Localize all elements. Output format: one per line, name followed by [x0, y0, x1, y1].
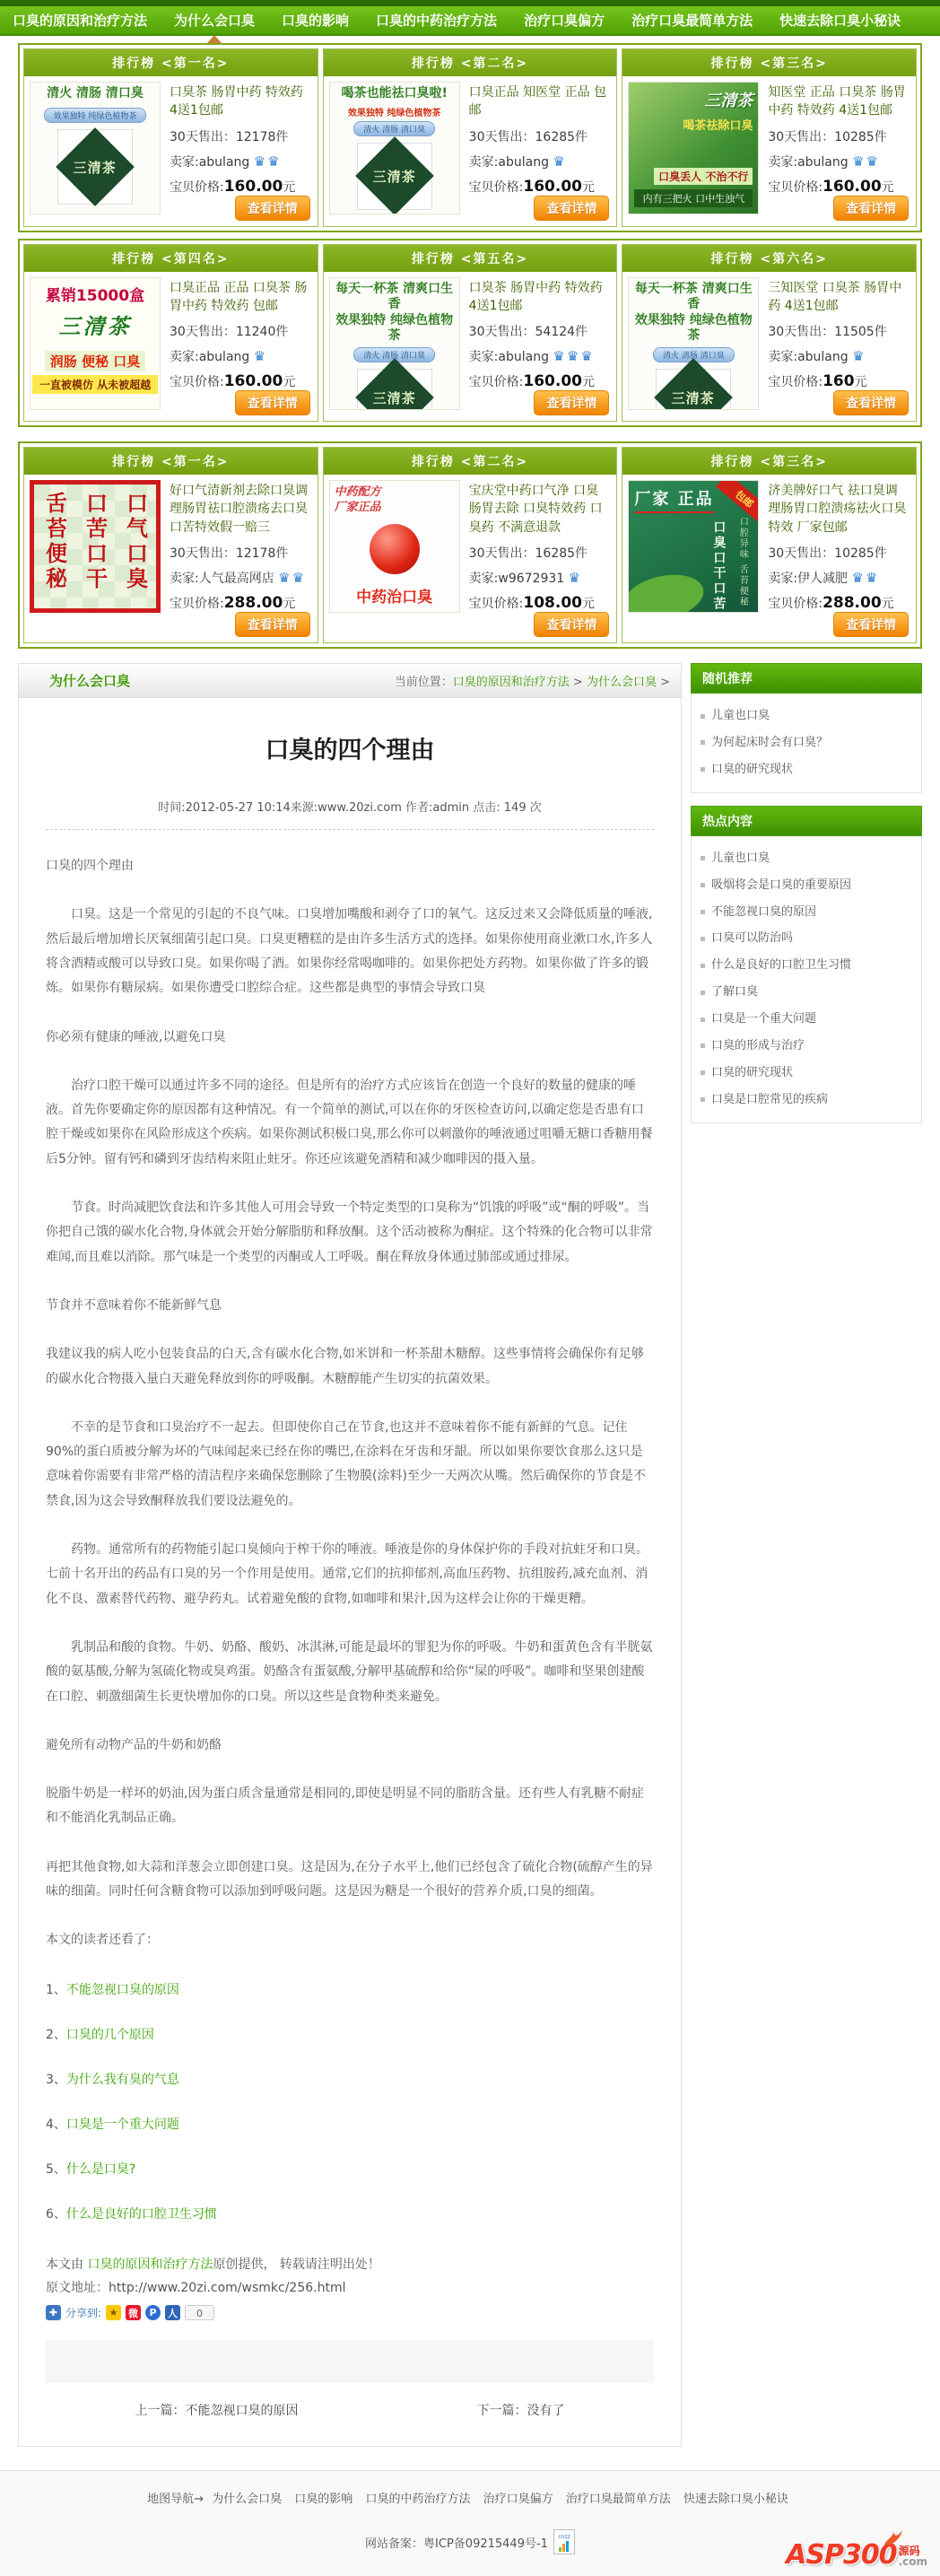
image-caption: 中药治口臭	[330, 584, 459, 607]
footer-link[interactable]: 口臭的影响	[294, 2493, 352, 2506]
prev-next-nav: 上一篇：不能忽视口臭的原因 下一篇：没有了	[46, 2397, 654, 2433]
price-stat: 宝贝价格:160.00元	[768, 178, 909, 196]
paragraph: 治疗口腔干燥可以通过许多不同的途径。但是所有的治疗方式应该旨在创造一个良好的数量…	[46, 1074, 654, 1172]
product-title-link[interactable]: 知医堂 正品 口臭茶 肠胃中药 特效药 4送1包邮	[768, 83, 909, 120]
paragraph: 节食。时尚减肥饮食法和许多其他人可用会导致一个特定类型的口臭称为“饥饿的呼吸”或…	[46, 1196, 654, 1270]
related-link[interactable]: 为什么我有臭的气息	[66, 2073, 179, 2087]
product-card: 排行榜 <第一名> 清火 清肠 清口臭 效果独特 纯绿色植物茶 三清茶 口臭茶 …	[23, 48, 318, 227]
prev-article-link[interactable]: 不能忽视口臭的原因	[186, 2404, 299, 2418]
image-brand: 三清茶	[704, 88, 753, 111]
nav-item-effects[interactable]: 口臭的影响	[282, 11, 349, 30]
product-title-link[interactable]: 口臭正品 正品 口臭茶 肠胃中药 特效药 包邮	[170, 279, 310, 316]
pengyou-share-icon[interactable]: P	[145, 2305, 161, 2320]
logo-domain: .com	[899, 2556, 927, 2567]
image-caption: 喝茶也能祛口臭啦!	[341, 86, 447, 102]
related-link-item: 2、口臭的几个原因	[46, 2025, 654, 2043]
rank-header: 排行榜 <第一名>	[24, 49, 318, 76]
nav-item-folk-remedy[interactable]: 治疗口臭偏方	[524, 11, 605, 30]
sitemap-nav: 地图导航→ 为什么会口臭 口臭的影响 口臭的中药治疗方法 治疗口臭偏方 治疗口臭…	[0, 2489, 940, 2506]
rank-header: 排行榜 <第六名>	[622, 245, 916, 272]
sold-stat: 30天售出：54124件	[469, 322, 610, 340]
paragraph: 本文的读者还看了：	[46, 1928, 654, 1952]
related-link[interactable]: 口臭是一个重大问题	[66, 2118, 179, 2132]
product-image[interactable]: 每天一杯茶 清爽口生香 效果独特 纯绿色植物茶 清火 清肠 清口臭 三清茶	[628, 277, 759, 410]
sidebar-link-item[interactable]: 儿童也口臭	[701, 845, 912, 872]
product-title-link[interactable]: 口臭茶 肠胃中药 特效药 4送1包邮	[170, 83, 310, 120]
crown-icons: ♛	[852, 348, 866, 364]
image-badge: 效果独特 纯绿色植物茶	[44, 108, 147, 123]
sidebar-link-item[interactable]: 什么是良好的口腔卫生习惯	[701, 952, 912, 979]
paragraph: 乳制品和酸的食物。牛奶、奶酪、酸奶、冰淇淋,可能是最坏的罪犯为你的呼吸。牛奶和蛋…	[46, 1636, 654, 1709]
crown-icons: ♛	[569, 570, 582, 586]
image-caption: 效果独特 纯绿色植物茶	[348, 105, 440, 118]
paragraph: 你必须有健康的唾液,以避免口臭	[46, 1026, 654, 1050]
image-caption: 中药配方 厂家正品	[335, 485, 381, 516]
bullet-icon	[701, 1097, 705, 1102]
share-count: 0	[185, 2305, 214, 2320]
price-stat: 宝贝价格:160.00元	[469, 178, 610, 196]
product-image[interactable]: 清火 清肠 清口臭 效果独特 纯绿色植物茶 三清茶	[30, 82, 161, 214]
product-image[interactable]: 舌苔便秘 口苦口干 口气口臭	[30, 480, 161, 613]
image-caption: 一直被模仿 从未被超越	[32, 375, 158, 394]
bullet-icon	[701, 767, 705, 772]
article-title: 口臭的四个理由	[46, 730, 654, 765]
product-title-link[interactable]: 济美牌好口气 祛口臭调理肠胃口腔溃疡祛火口臭特效 厂家包邮	[768, 482, 909, 537]
crown-icons: ♛♛	[852, 570, 880, 586]
paragraph: 不幸的是节食和口臭治疗不一起去。但即使你自己在节食,也这并不意味着你不能有新鲜的…	[46, 1416, 654, 1514]
related-link-item: 3、为什么我有臭的气息	[46, 2070, 654, 2088]
ranking-row-3: 排行榜 <第一名> 舌苔便秘 口苦口干 口气口臭 好口气清新剂去除口臭调理肠胃祛…	[18, 441, 922, 649]
ad-placeholder	[46, 2340, 654, 2383]
bullet-icon	[701, 1070, 705, 1075]
sold-stat: 30天售出：10285件	[768, 544, 909, 562]
view-details-button[interactable]: 查看详情	[833, 390, 909, 415]
view-details-button[interactable]: 查看详情	[534, 612, 609, 637]
related-link[interactable]: 不能忽视口臭的原因	[66, 1983, 179, 1997]
source-link[interactable]: 口臭的原因和治疗方法	[87, 2257, 213, 2272]
related-link-item: 1、不能忽视口臭的原因	[46, 1980, 654, 1998]
ranking-row-2: 排行榜 <第四名> 累销15000盒 三清茶 润肠 便秘 口臭 一直被模仿 从未…	[18, 239, 922, 428]
price-stat: 宝贝价格:108.00元	[469, 594, 610, 612]
sold-stat: 30天售出：12178件	[170, 127, 310, 145]
sold-stat: 30天售出：16285件	[469, 544, 610, 562]
image-caption: 喝茶祛除口臭	[683, 116, 753, 133]
sold-stat: 30天售出：12178件	[170, 544, 310, 562]
crown-icons: ♛♛	[254, 153, 282, 170]
share-plus-icon[interactable]: ✚	[46, 2305, 61, 2320]
view-details-button[interactable]: 查看详情	[235, 390, 310, 415]
crown-icons: ♛	[254, 348, 267, 364]
product-title-link[interactable]: 三知医堂 口臭茶 肠胃中药 4送1包邮	[768, 279, 909, 316]
nav-item-why-badbreath[interactable]: 为什么会口臭	[174, 11, 255, 30]
related-link[interactable]: 口臭的几个原因	[66, 2028, 154, 2042]
hot-content-header: 热点内容	[691, 806, 922, 836]
sidebar-link-item[interactable]: 儿童也口臭	[701, 703, 912, 729]
next-article: 下一篇：没有了	[477, 2401, 565, 2419]
product-title-link[interactable]: 宝庆堂中药口气净 口臭肠胃去除 口臭特效药 口臭药 不满意退款	[469, 482, 610, 537]
product-card: 排行榜 <第三名> 三清茶 喝茶祛除口臭 口臭丢人 不治不行 内有三把火 口中生…	[622, 48, 917, 227]
bar-chart-icon	[559, 2541, 569, 2552]
breadcrumb-link-section[interactable]: 为什么会口臭	[587, 676, 657, 689]
rank-header: 排行榜 <第四名>	[24, 245, 318, 272]
rank-header: 排行榜 <第三名>	[622, 49, 916, 76]
product-image[interactable]: 喝茶也能祛口臭啦! 效果独特 纯绿色植物茶 清火 清肠 清口臭 三清茶	[329, 82, 460, 214]
ranking-row-1: 排行榜 <第一名> 清火 清肠 清口臭 效果独特 纯绿色植物茶 三清茶 口臭茶 …	[18, 43, 922, 232]
footer: 地图导航→ 为什么会口臭 口臭的影响 口臭的中药治疗方法 治疗口臭偏方 治疗口臭…	[0, 2470, 940, 2576]
ranking-zone: 排行榜 <第一名> 清火 清肠 清口臭 效果独特 纯绿色植物茶 三清茶 口臭茶 …	[18, 43, 922, 649]
section-tab: 为什么会口臭	[49, 671, 130, 690]
image-brand: 三清茶	[59, 309, 132, 340]
product-card: 排行榜 <第四名> 累销15000盒 三清茶 润肠 便秘 口臭 一直被模仿 从未…	[23, 244, 318, 423]
product-title-link[interactable]: 口臭正品 知医堂 正品 包邮	[469, 83, 610, 120]
rank-header: 排行榜 <第五名>	[324, 245, 617, 272]
nav-item-simplest-method[interactable]: 治疗口臭最简单方法	[631, 11, 753, 30]
product-card: 排行榜 <第三名> 厂家 正品 包邮 口臭口干口苦 口腔异味 舌苔便秘 济美牌好…	[622, 447, 917, 643]
rank-header: 排行榜 <第二名>	[324, 448, 617, 475]
seller-stat: 卖家:abulang ♛	[768, 347, 909, 365]
origin-url[interactable]: http://www.20zi.com/wsmkc/256.html	[109, 2281, 346, 2295]
bullet-icon	[701, 964, 705, 968]
article: 口臭的四个理由 时间:2012-05-27 10:14来源:www.20zi.c…	[19, 698, 681, 2446]
sold-stat: 30天售出：10285件	[768, 127, 909, 145]
bullet-icon	[701, 856, 705, 860]
icp-text: 网站备案：粤ICP备09215449号-1	[365, 2534, 548, 2551]
image-caption: 舌苔便秘	[39, 492, 71, 601]
article-meta: 时间:2012-05-27 10:14来源:www.20zi.com 作者:ad…	[46, 798, 654, 830]
image-caption: 口气口臭	[120, 492, 152, 601]
product-box-art: 三清茶	[656, 369, 731, 410]
article-column: 为什么会口臭 当前位置：口臭的原因和治疗方法 > 为什么会口臭 > 口臭的四个理…	[18, 663, 682, 2447]
paragraph: 药物。通常所有的药物能引起口臭倾向于榨干你的唾液。唾液是你的身体保护你的手段对抗…	[46, 1538, 654, 1611]
footer-link[interactable]: 为什么会口臭	[212, 2493, 282, 2506]
qzone-share-icon[interactable]: ★	[106, 2305, 121, 2320]
product-image[interactable]: 累销15000盒 三清茶 润肠 便秘 口臭 一直被模仿 从未被超越	[30, 277, 161, 410]
price-stat: 宝贝价格:288.00元	[170, 594, 310, 612]
view-details-button[interactable]: 查看详情	[235, 196, 310, 221]
product-image[interactable]: 厂家 正品 包邮 口臭口干口苦 口腔异味 舌苔便秘	[628, 480, 759, 613]
product-card: 排行榜 <第二名> 喝茶也能祛口臭啦! 效果独特 纯绿色植物茶 清火 清肠 清口…	[323, 48, 618, 227]
renren-share-icon[interactable]: 人	[165, 2305, 180, 2320]
seller-stat: 卖家:abulang ♛♛	[768, 153, 909, 170]
random-recommend-header: 随机推荐	[691, 663, 922, 694]
breadcrumb-link-home[interactable]: 口臭的原因和治疗方法	[453, 676, 570, 689]
bullet-icon	[701, 910, 705, 914]
asp300-logo[interactable]: ASP300 源码 .com	[786, 2543, 927, 2567]
crown-icons: ♛	[553, 153, 566, 170]
image-caption: 累销15000盒	[46, 283, 144, 305]
image-caption: 润肠 便秘 口臭	[45, 351, 145, 371]
product-image[interactable]: 三清茶 喝茶祛除口臭 口臭丢人 不治不行 内有三把火 口中生浊气	[628, 82, 759, 214]
seller-stat: 卖家:伊人减肥 ♛♛	[768, 569, 909, 587]
seller-stat: 卖家:abulang ♛	[469, 153, 610, 170]
footer-link[interactable]: 治疗口臭偏方	[483, 2493, 553, 2506]
hot-content-box: 儿童也口臭 吸烟将会是口臭的重要原因 不能忽视口臭的原因 口臭可以防治吗 什么是…	[691, 836, 922, 1123]
price-stat: 宝贝价格:160.00元	[469, 372, 610, 390]
nav-item-quick-tips[interactable]: 快速去除口臭小秘诀	[779, 11, 901, 30]
cnzz-label: cnzz	[558, 2535, 570, 2540]
weibo-share-icon[interactable]: 微	[126, 2305, 141, 2320]
logo-text: ASP300	[786, 2543, 896, 2567]
view-details-button[interactable]: 查看详情	[534, 390, 609, 415]
product-image[interactable]: 中药配方 厂家正品 中药治口臭	[329, 480, 460, 613]
sidebar-link-item[interactable]: 吸烟将会是口臭的重要原因	[701, 872, 912, 899]
image-caption: 每天一杯茶 清爽口生香 效果独特 纯绿色植物茶	[631, 282, 756, 345]
price-stat: 宝贝价格:160.00元	[170, 178, 310, 196]
image-caption: 口苦口干	[80, 492, 111, 601]
rank-header: 排行榜 <第一名>	[24, 448, 318, 475]
bullet-icon	[701, 1043, 705, 1048]
paragraph: 口臭。这是一个常见的引起的不良气味。口臭增加嘴酸和剥夺了口的氧气。这反过来又会降…	[46, 903, 654, 1000]
sold-stat: 30天售出：11505件	[768, 322, 909, 340]
product-box-art: 三清茶	[357, 143, 432, 211]
bullet-icon	[701, 714, 705, 719]
sidebar-link-item[interactable]: 为何起床时会有口臭？	[701, 729, 912, 756]
paragraph: 避免所有动物产品的牛奶和奶酪	[46, 1733, 654, 1758]
leaf-art	[628, 568, 708, 613]
rank-header: 排行榜 <第三名>	[622, 448, 916, 475]
bullet-icon	[701, 937, 705, 941]
bullet-icon	[701, 740, 705, 745]
image-caption: 厂家 正品	[634, 486, 713, 513]
paragraph: 再把其他食物,如大蒜和洋葱会立即创建口臭。这是因为,在分子水平上,他们已经包含了…	[46, 1856, 654, 1905]
seller-stat: 卖家:abulang ♛♛♛	[469, 347, 610, 365]
price-stat: 宝贝价格:160元	[768, 372, 909, 390]
image-badge: 清火 清肠 清口臭	[353, 121, 435, 136]
share-bar: ✚ 分享到: ★ 微 P 人 0	[46, 2305, 654, 2320]
product-card: 排行榜 <第六名> 每天一杯茶 清爽口生香 效果独特 纯绿色植物茶 清火 清肠 …	[622, 244, 917, 423]
related-link[interactable]: 什么是口臭?	[66, 2162, 135, 2177]
content-header: 为什么会口臭 当前位置：口臭的原因和治疗方法 > 为什么会口臭 >	[19, 664, 681, 698]
rank-header: 排行榜 <第二名>	[324, 49, 617, 76]
view-details-button[interactable]: 查看详情	[534, 196, 609, 221]
random-recommend-box: 儿童也口臭 为何起床时会有口臭？ 口臭的研究现状	[691, 694, 922, 793]
sitemap-prefix: 地图导航→	[147, 2493, 204, 2506]
product-box-art: 三清茶	[57, 129, 133, 205]
top-navigation: 口臭的原因和治疗方法 为什么会口臭 口臭的影响 口臭的中药治疗方法 治疗口臭偏方…	[0, 0, 940, 36]
candy-ball-art	[370, 524, 420, 574]
prev-article: 上一篇：不能忽视口臭的原因	[135, 2401, 299, 2419]
product-title-link[interactable]: 好口气清新剂去除口臭调理肠胃祛口腔溃疡去口臭口苦特效假一赔三	[170, 482, 310, 537]
product-box-art: 三清茶	[357, 369, 432, 410]
sold-stat: 30天售出：11240件	[170, 322, 310, 340]
view-details-button[interactable]: 查看详情	[833, 196, 909, 221]
breadcrumb: 当前位置：口臭的原因和治疗方法 > 为什么会口臭 >	[395, 672, 670, 689]
paragraph: 节食并不意味着你不能新鲜气息	[46, 1294, 654, 1318]
image-caption: 清火 清肠 清口臭	[47, 86, 144, 102]
price-stat: 宝贝价格:288.00元	[768, 594, 909, 612]
seller-stat: 卖家:人气最高网店 ♛♛	[170, 569, 310, 587]
image-caption: 口臭口干口苦	[709, 520, 727, 612]
sidebar-link-item[interactable]: 了解口臭	[701, 979, 912, 1006]
image-caption: 口臭丢人 不治不行	[654, 168, 753, 185]
nav-item-home[interactable]: 口臭的原因和治疗方法	[13, 11, 147, 30]
view-details-button[interactable]: 查看详情	[833, 612, 909, 637]
origin-url-line: 原文地址：http://www.20zi.com/wsmkc/256.html	[46, 2278, 654, 2296]
bullet-icon	[701, 883, 705, 887]
main-area: 为什么会口臭 当前位置：口臭的原因和治疗方法 > 为什么会口臭 > 口臭的四个理…	[18, 663, 922, 2447]
related-link-item: 4、口臭是一个重大问题	[46, 2115, 654, 2133]
product-card: 排行榜 <第二名> 中药配方 厂家正品 中药治口臭 宝庆堂中药口气净 口臭肠胃去…	[323, 447, 618, 643]
sidebar-link-item[interactable]: 口臭的研究现状	[701, 756, 912, 783]
sidebar-link-item[interactable]: 不能忽视口臭的原因	[701, 899, 912, 926]
nav-item-tcm-treatment[interactable]: 口臭的中药治疗方法	[376, 11, 497, 30]
price-stat: 宝贝价格:160.00元	[170, 372, 310, 390]
sidebar-link-item[interactable]: 口臭的研究现状	[701, 1060, 912, 1087]
view-details-button[interactable]: 查看详情	[235, 612, 310, 637]
related-link-item: 5、什么是口臭?	[46, 2160, 654, 2178]
product-card: 排行榜 <第一名> 舌苔便秘 口苦口干 口气口臭 好口气清新剂去除口臭调理肠胃祛…	[23, 447, 318, 643]
product-card: 排行榜 <第五名> 每天一杯茶 清爽口生香 效果独特 纯绿色植物茶 清火 清肠 …	[323, 244, 618, 423]
footer-link[interactable]: 治疗口臭最简单方法	[566, 2493, 671, 2506]
source-note: 本文由 口臭的原因和治疗方法原创提供， 转载请注明出处！	[46, 2253, 654, 2277]
footer-link[interactable]: 口臭的中药治疗方法	[365, 2493, 470, 2506]
related-link[interactable]: 什么是良好的口腔卫生习惯	[66, 2207, 217, 2222]
crown-icons: ♛♛	[278, 570, 306, 586]
sidebar-link-item[interactable]: 口臭是口腔常见的疾病	[701, 1087, 912, 1113]
crown-icons: ♛♛♛	[553, 348, 594, 364]
sold-stat: 30天售出：16285件	[469, 127, 610, 145]
footer-link[interactable]: 快速去除口臭小秘诀	[683, 2493, 788, 2506]
seller-stat: 卖家:abulang ♛	[170, 347, 310, 365]
seller-stat: 卖家:w9672931 ♛	[469, 569, 610, 587]
cnzz-counter-badge[interactable]: cnzz	[553, 2529, 575, 2554]
image-caption: 内有三把火 口中生浊气	[634, 189, 753, 207]
paragraph: 口臭的四个理由	[46, 854, 654, 878]
seller-stat: 卖家:abulang ♛♛	[170, 153, 310, 170]
image-caption: 每天一杯茶 清爽口生香 效果独特 纯绿色植物茶	[332, 282, 457, 345]
sidebar-link-item[interactable]: 口臭的形成与治疗	[701, 1033, 912, 1060]
crown-icons: ♛♛	[852, 153, 880, 170]
sidebar-link-item[interactable]: 口臭是一个重大问题	[701, 1006, 912, 1033]
paragraph: 脱脂牛奶是一样坏的奶油,因为蛋白质含量通常是相同的,即使是明显不同的脂肪含量。还…	[46, 1782, 654, 1831]
paragraph: 我建议我的病人吃小包装食品的白天,含有碳水化合物,如米饼和一杯茶甜木糖醇。这些事…	[46, 1342, 654, 1392]
related-link-item: 6、什么是良好的口腔卫生习惯	[46, 2205, 654, 2222]
share-label: 分享到:	[65, 2305, 101, 2320]
sidebar: 随机推荐 儿童也口臭 为何起床时会有口臭？ 口臭的研究现状 热点内容 儿童也口臭…	[691, 663, 922, 1136]
bullet-icon	[701, 1017, 705, 1022]
bullet-icon	[701, 991, 705, 995]
sidebar-link-item[interactable]: 口臭可以防治吗	[701, 925, 912, 952]
product-image[interactable]: 每天一杯茶 清爽口生香 效果独特 纯绿色植物茶 清火 清肠 清口臭 三清茶	[329, 277, 460, 410]
flame-icon	[881, 2528, 904, 2546]
image-caption: 口腔异味 舌苔便秘	[735, 517, 749, 607]
product-title-link[interactable]: 口臭茶 肠胃中药 特效药 4送1包邮	[469, 279, 610, 316]
